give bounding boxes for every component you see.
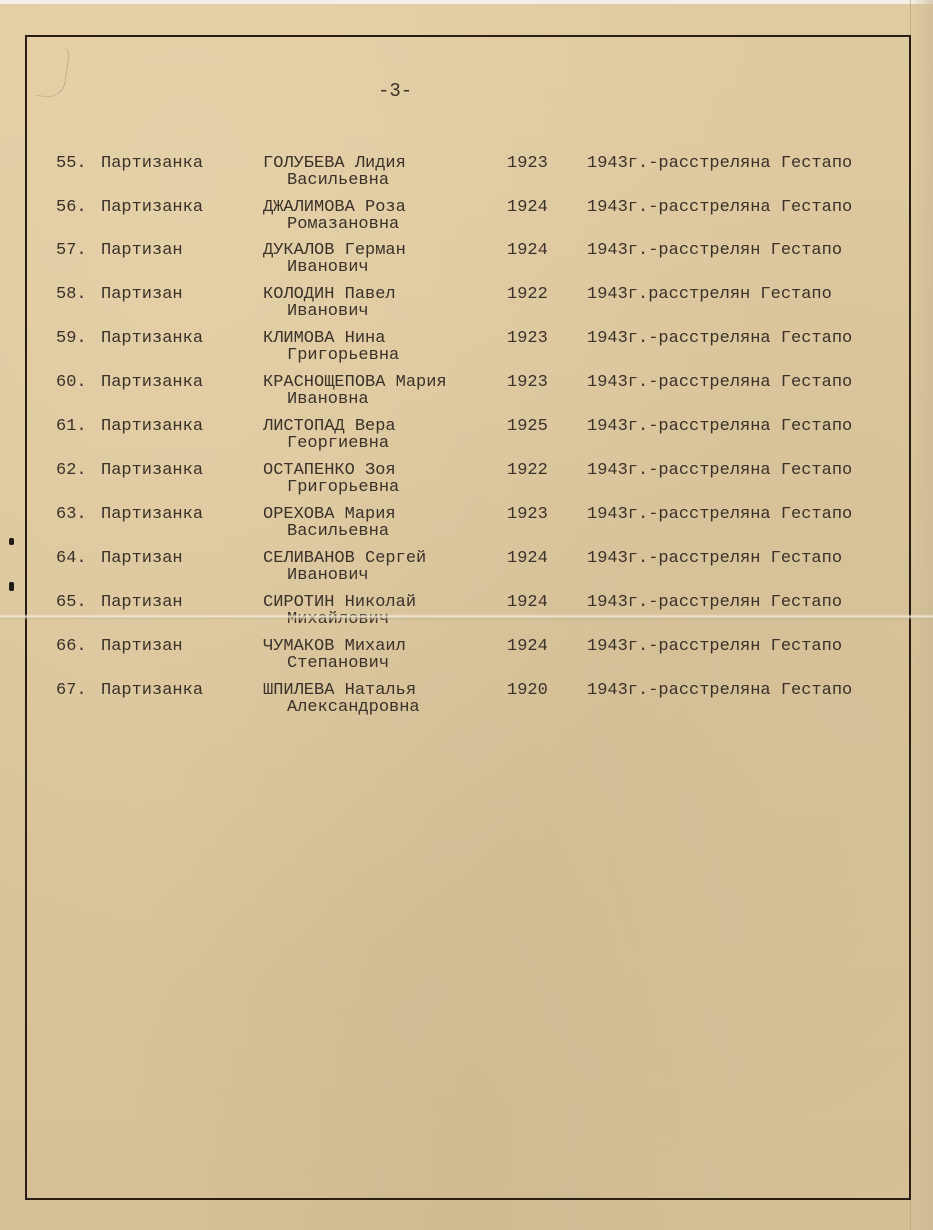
row-number: 60. [56, 374, 87, 392]
row-number: 55. [56, 155, 87, 173]
row-status: Партизанка [101, 155, 203, 173]
row-status: Партизанка [101, 682, 203, 700]
list-row: 62. Партизанка ОСТАПЕНКО Зоя Григорьевна… [0, 462, 933, 506]
row-birth-year: 1922 [507, 286, 548, 304]
row-birth-year: 1925 [507, 418, 548, 436]
row-number: 59. [56, 330, 87, 348]
row-fate: 1943г.-расстрелян Гестапо [587, 638, 842, 656]
row-status: Партизан [101, 286, 183, 304]
row-number: 58. [56, 286, 87, 304]
row-patronymic: Григорьевна [287, 479, 399, 497]
row-birth-year: 1924 [507, 594, 548, 612]
row-birth-year: 1923 [507, 155, 548, 173]
list-row: 67. Партизанка ШПИЛЕВА Наталья Александр… [0, 682, 933, 726]
row-number: 61. [56, 418, 87, 436]
row-birth-year: 1924 [507, 550, 548, 568]
row-number: 56. [56, 199, 87, 217]
row-birth-year: 1924 [507, 242, 548, 260]
row-number: 65. [56, 594, 87, 612]
row-patronymic: Степанович [287, 655, 389, 673]
row-number: 64. [56, 550, 87, 568]
row-birth-year: 1924 [507, 199, 548, 217]
row-status: Партизанка [101, 199, 203, 217]
row-birth-year: 1924 [507, 638, 548, 656]
list-row: 58. Партизан КОЛОДИН Павел Иванович 1922… [0, 286, 933, 330]
row-birth-year: 1923 [507, 374, 548, 392]
row-birth-year: 1922 [507, 462, 548, 480]
row-patronymic: Васильевна [287, 523, 389, 541]
paper-fold-crease [0, 614, 933, 620]
row-fate: 1943г.-расстреляна Гестапо [587, 155, 852, 173]
row-number: 57. [56, 242, 87, 260]
row-patronymic: Ивановна [287, 391, 369, 409]
row-status: Партизанка [101, 330, 203, 348]
row-fate: 1943г.-расстреляна Гестапо [587, 330, 852, 348]
row-status: Партизан [101, 242, 183, 260]
list-row: 66. Партизан ЧУМАКОВ Михаил Степанович 1… [0, 638, 933, 682]
list-row: 59. Партизанка КЛИМОВА Нина Григорьевна … [0, 330, 933, 374]
list-row: 56. Партизанка ДЖАЛИМОВА Роза Ромазановн… [0, 199, 933, 243]
row-number: 63. [56, 506, 87, 524]
row-status: Партизанка [101, 418, 203, 436]
row-number: 66. [56, 638, 87, 656]
row-fate: 1943г.-расстреляна Гестапо [587, 418, 852, 436]
row-patronymic: Васильевна [287, 172, 389, 190]
row-fate: 1943г.-расстрелян Гестапо [587, 550, 842, 568]
row-birth-year: 1920 [507, 682, 548, 700]
list-row: 57. Партизан ДУКАЛОВ Герман Иванович 192… [0, 242, 933, 286]
paper-top-edge [0, 0, 933, 4]
row-fate: 1943г.-расстрелян Гестапо [587, 242, 842, 260]
list-row: 60. Партизанка КРАСНОЩЕПОВА Мария Иванов… [0, 374, 933, 418]
row-number: 62. [56, 462, 87, 480]
row-number: 67. [56, 682, 87, 700]
list-row: 63. Партизанка ОРЕХОВА Мария Васильевна … [0, 506, 933, 550]
row-status: Партизанка [101, 462, 203, 480]
row-patronymic: Иванович [287, 303, 369, 321]
row-birth-year: 1923 [507, 330, 548, 348]
row-status: Партизан [101, 638, 183, 656]
row-patronymic: Иванович [287, 259, 369, 277]
row-fate: 1943г.расстрелян Гестапо [587, 286, 832, 304]
row-status: Партизанка [101, 374, 203, 392]
row-birth-year: 1923 [507, 506, 548, 524]
row-patronymic: Григорьевна [287, 347, 399, 365]
row-patronymic: Иванович [287, 567, 369, 585]
row-status: Партизан [101, 594, 183, 612]
row-patronymic: Георгиевна [287, 435, 389, 453]
row-status: Партизан [101, 550, 183, 568]
row-fate: 1943г.-расстреляна Гестапо [587, 374, 852, 392]
list-row: 55. Партизанка ГОЛУБЕВА Лидия Васильевна… [0, 155, 933, 199]
row-fate: 1943г.-расстреляна Гестапо [587, 199, 852, 217]
row-fate: 1943г.-расстреляна Гестапо [587, 506, 852, 524]
list-row: 64. Партизан СЕЛИВАНОВ Сергей Иванович 1… [0, 550, 933, 594]
list-row: 61. Партизанка ЛИСТОПАД Вера Георгиевна … [0, 418, 933, 462]
row-patronymic: Ромазановна [287, 216, 399, 234]
page-number: -3- [378, 80, 412, 102]
row-patronymic: Александровна [287, 699, 420, 717]
row-fate: 1943г.-расстреляна Гестапо [587, 462, 852, 480]
row-fate: 1943г.-расстрелян Гестапо [587, 594, 842, 612]
row-fate: 1943г.-расстреляна Гестапо [587, 682, 852, 700]
row-status: Партизанка [101, 506, 203, 524]
